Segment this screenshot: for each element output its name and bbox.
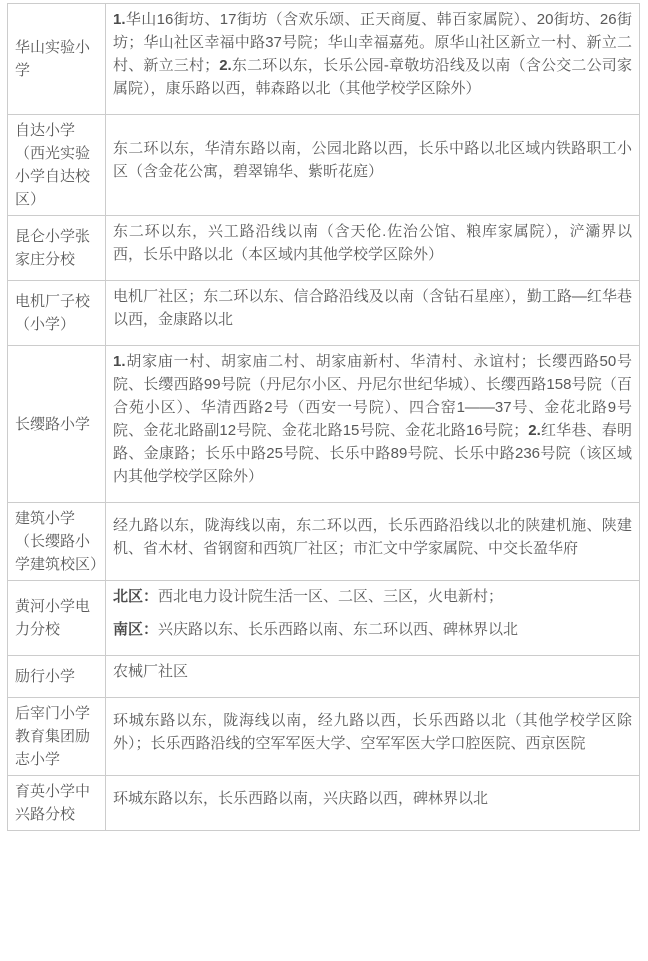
district-scope-paragraph: 1.华山16街坊、17街坊（含欢乐颂、正天商厦、韩百家属院）、20街坊、26街坊… xyxy=(113,8,632,100)
table-row: 电机厂子校（小学）电机厂社区；东二环以东、信合路沿线及以南（含钻石星座），勤工路… xyxy=(8,281,640,346)
school-name-cell: 建筑小学（长缨路小学建筑校区） xyxy=(8,503,106,581)
bold-label: 北区： xyxy=(113,588,158,605)
district-scope-cell: 1.胡家庙一村、胡家庙二村、胡家庙新村、华清村、永谊村；长缨西路50号院、长缨西… xyxy=(106,346,640,503)
table-row: 自达小学（西光实验小学自达校区）东二环以东，华清东路以南，公园北路以西，长乐中路… xyxy=(8,115,640,216)
school-name-cell: 黄河小学电力分校 xyxy=(8,581,106,656)
school-district-table-body: 华山实验小学1.华山16街坊、17街坊（含欢乐颂、正天商厦、韩百家属院）、20街… xyxy=(8,4,640,831)
district-scope-cell: 环城东路以东，陇海线以南，经九路以西，长乐西路以北（其他学校学区除外）；长乐西路… xyxy=(106,698,640,776)
district-scope-cell: 经九路以东，陇海线以南，东二环以西，长乐西路沿线以北的陕建机施、陕建机、省木材、… xyxy=(106,503,640,581)
school-name-cell: 华山实验小学 xyxy=(8,4,106,115)
school-name-cell: 自达小学（西光实验小学自达校区） xyxy=(8,115,106,216)
school-district-table: 华山实验小学1.华山16街坊、17街坊（含欢乐颂、正天商厦、韩百家属院）、20街… xyxy=(7,3,640,831)
table-row: 华山实验小学1.华山16街坊、17街坊（含欢乐颂、正天商厦、韩百家属院）、20街… xyxy=(8,4,640,115)
scope-text: 东二环以东，华清东路以南，公园北路以西，长乐中路以北区域内铁路职工小区（含金花公… xyxy=(113,140,632,180)
district-scope-paragraph: 北区：西北电力设计院生活一区、二区、三区，火电新村； xyxy=(113,585,632,608)
district-scope-paragraph: 环城东路以东，长乐西路以南，兴庆路以西，碑林界以北 xyxy=(113,787,632,810)
district-scope-paragraph: 东二环以东，华清东路以南，公园北路以西，长乐中路以北区域内铁路职工小区（含金花公… xyxy=(113,137,632,183)
school-name-cell: 育英小学中兴路分校 xyxy=(8,776,106,831)
school-name-cell: 后宰门小学教育集团励志小学 xyxy=(8,698,106,776)
scope-text: 东二环以东，兴工路沿线以南（含天伦.佐治公馆、粮库家属院），浐灞界以西，长乐中路… xyxy=(113,223,632,263)
table-row: 建筑小学（长缨路小学建筑校区）经九路以东，陇海线以南，东二环以西，长乐西路沿线以… xyxy=(8,503,640,581)
table-row: 长缨路小学1.胡家庙一村、胡家庙二村、胡家庙新村、华清村、永谊村；长缨西路50号… xyxy=(8,346,640,503)
article-page: 华山实验小学1.华山16街坊、17街坊（含欢乐颂、正天商厦、韩百家属院）、20街… xyxy=(0,0,648,835)
district-scope-paragraph: 南区：兴庆路以东、长乐西路以南、东二环以西、碑林界以北 xyxy=(113,618,632,641)
district-scope-paragraph: 环城东路以东，陇海线以南，经九路以西，长乐西路以北（其他学校学区除外）；长乐西路… xyxy=(113,709,632,755)
bold-label: 1. xyxy=(113,11,126,28)
bold-label: 2. xyxy=(528,422,541,439)
district-scope-cell: 电机厂社区；东二环以东、信合路沿线及以南（含钻石星座），勤工路—红华巷以西，金康… xyxy=(106,281,640,346)
district-scope-cell: 东二环以东，兴工路沿线以南（含天伦.佐治公馆、粮库家属院），浐灞界以西，长乐中路… xyxy=(106,216,640,281)
school-name-cell: 长缨路小学 xyxy=(8,346,106,503)
district-scope-paragraph: 1.胡家庙一村、胡家庙二村、胡家庙新村、华清村、永谊村；长缨西路50号院、长缨西… xyxy=(113,350,632,488)
bold-label: 南区： xyxy=(113,621,158,638)
bold-label: 2. xyxy=(219,57,232,74)
district-scope-paragraph: 农械厂社区 xyxy=(113,660,632,683)
scope-text: 环城东路以东，陇海线以南，经九路以西，长乐西路以北（其他学校学区除外）；长乐西路… xyxy=(113,712,632,752)
table-row: 励行小学农械厂社区 xyxy=(8,656,640,698)
table-row: 黄河小学电力分校北区：西北电力设计院生活一区、二区、三区，火电新村；南区：兴庆路… xyxy=(8,581,640,656)
table-row: 育英小学中兴路分校环城东路以东，长乐西路以南，兴庆路以西，碑林界以北 xyxy=(8,776,640,831)
school-name-cell: 昆仑小学张家庄分校 xyxy=(8,216,106,281)
table-row: 昆仑小学张家庄分校东二环以东，兴工路沿线以南（含天伦.佐治公馆、粮库家属院），浐… xyxy=(8,216,640,281)
scope-text: 电机厂社区；东二环以东、信合路沿线及以南（含钻石星座），勤工路—红华巷以西，金康… xyxy=(113,288,632,328)
district-scope-cell: 农械厂社区 xyxy=(106,656,640,698)
school-name-cell: 电机厂子校（小学） xyxy=(8,281,106,346)
table-row: 后宰门小学教育集团励志小学环城东路以东，陇海线以南，经九路以西，长乐西路以北（其… xyxy=(8,698,640,776)
scope-text: 西北电力设计院生活一区、二区、三区，火电新村； xyxy=(158,588,503,605)
district-scope-cell: 东二环以东，华清东路以南，公园北路以西，长乐中路以北区域内铁路职工小区（含金花公… xyxy=(106,115,640,216)
district-scope-paragraph: 电机厂社区；东二环以东、信合路沿线及以南（含钻石星座），勤工路—红华巷以西，金康… xyxy=(113,285,632,331)
scope-text: 经九路以东，陇海线以南，东二环以西，长乐西路沿线以北的陕建机施、陕建机、省木材、… xyxy=(113,517,632,557)
scope-text: 兴庆路以东、长乐西路以南、东二环以西、碑林界以北 xyxy=(158,621,518,638)
scope-text: 农械厂社区 xyxy=(113,663,188,680)
district-scope-cell: 北区：西北电力设计院生活一区、二区、三区，火电新村；南区：兴庆路以东、长乐西路以… xyxy=(106,581,640,656)
scope-text: 环城东路以东，长乐西路以南，兴庆路以西，碑林界以北 xyxy=(113,790,488,807)
district-scope-paragraph: 经九路以东，陇海线以南，东二环以西，长乐西路沿线以北的陕建机施、陕建机、省木材、… xyxy=(113,514,632,560)
district-scope-cell: 1.华山16街坊、17街坊（含欢乐颂、正天商厦、韩百家属院）、20街坊、26街坊… xyxy=(106,4,640,115)
district-scope-cell: 环城东路以东，长乐西路以南，兴庆路以西，碑林界以北 xyxy=(106,776,640,831)
bold-label: 1. xyxy=(113,353,126,370)
district-scope-paragraph: 东二环以东，兴工路沿线以南（含天伦.佐治公馆、粮库家属院），浐灞界以西，长乐中路… xyxy=(113,220,632,266)
school-name-cell: 励行小学 xyxy=(8,656,106,698)
